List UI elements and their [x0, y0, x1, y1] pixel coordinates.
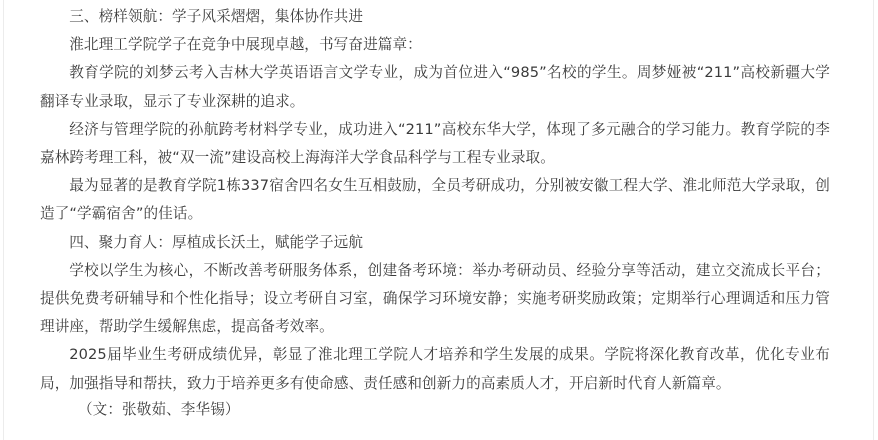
paragraph-school-services: 学校以学生为核心，不断改善考研服务体系，创建备考环境：举办考研动员、经验分享等活…	[40, 257, 830, 342]
paragraph-conclusion: 2025届毕业生考研成绩优异，彰显了淮北理工学院人才培养和学生发展的成果。学院将…	[40, 341, 830, 397]
article-byline: （文：张敬茹、李华锡）	[40, 396, 830, 424]
article-body: 三、榜样领航：学子风采熠熠，集体协作共进 淮北理工学院学子在竞争中展现卓越，书写…	[40, 3, 830, 424]
paragraph-economics-management-students: 经济与管理学院的孙航跨考材料学专业，成功进入“211”高校东华大学，体现了多元融…	[40, 116, 830, 172]
paragraph-dormitory-337: 最为显著的是教育学院1栋337宿舍四名女生互相鼓励，全员考研成功，分别被安徽工程…	[40, 172, 830, 228]
paragraph-education-college-students: 教育学院的刘梦云考入吉林大学英语语言文学专业，成为首位进入“985”名校的学生。…	[40, 59, 830, 115]
article-frame: 三、榜样领航：学子风采熠熠，集体协作共进 淮北理工学院学子在竞争中展现卓越，书写…	[3, 0, 874, 440]
paragraph-intro-achievements: 淮北理工学院学子在竞争中展现卓越，书写奋进篇章：	[40, 31, 830, 59]
section-heading-education-support: 四、聚力育人：厚植成长沃土，赋能学子远航	[40, 229, 830, 257]
section-heading-role-models: 三、榜样领航：学子风采熠熠，集体协作共进	[40, 3, 830, 31]
